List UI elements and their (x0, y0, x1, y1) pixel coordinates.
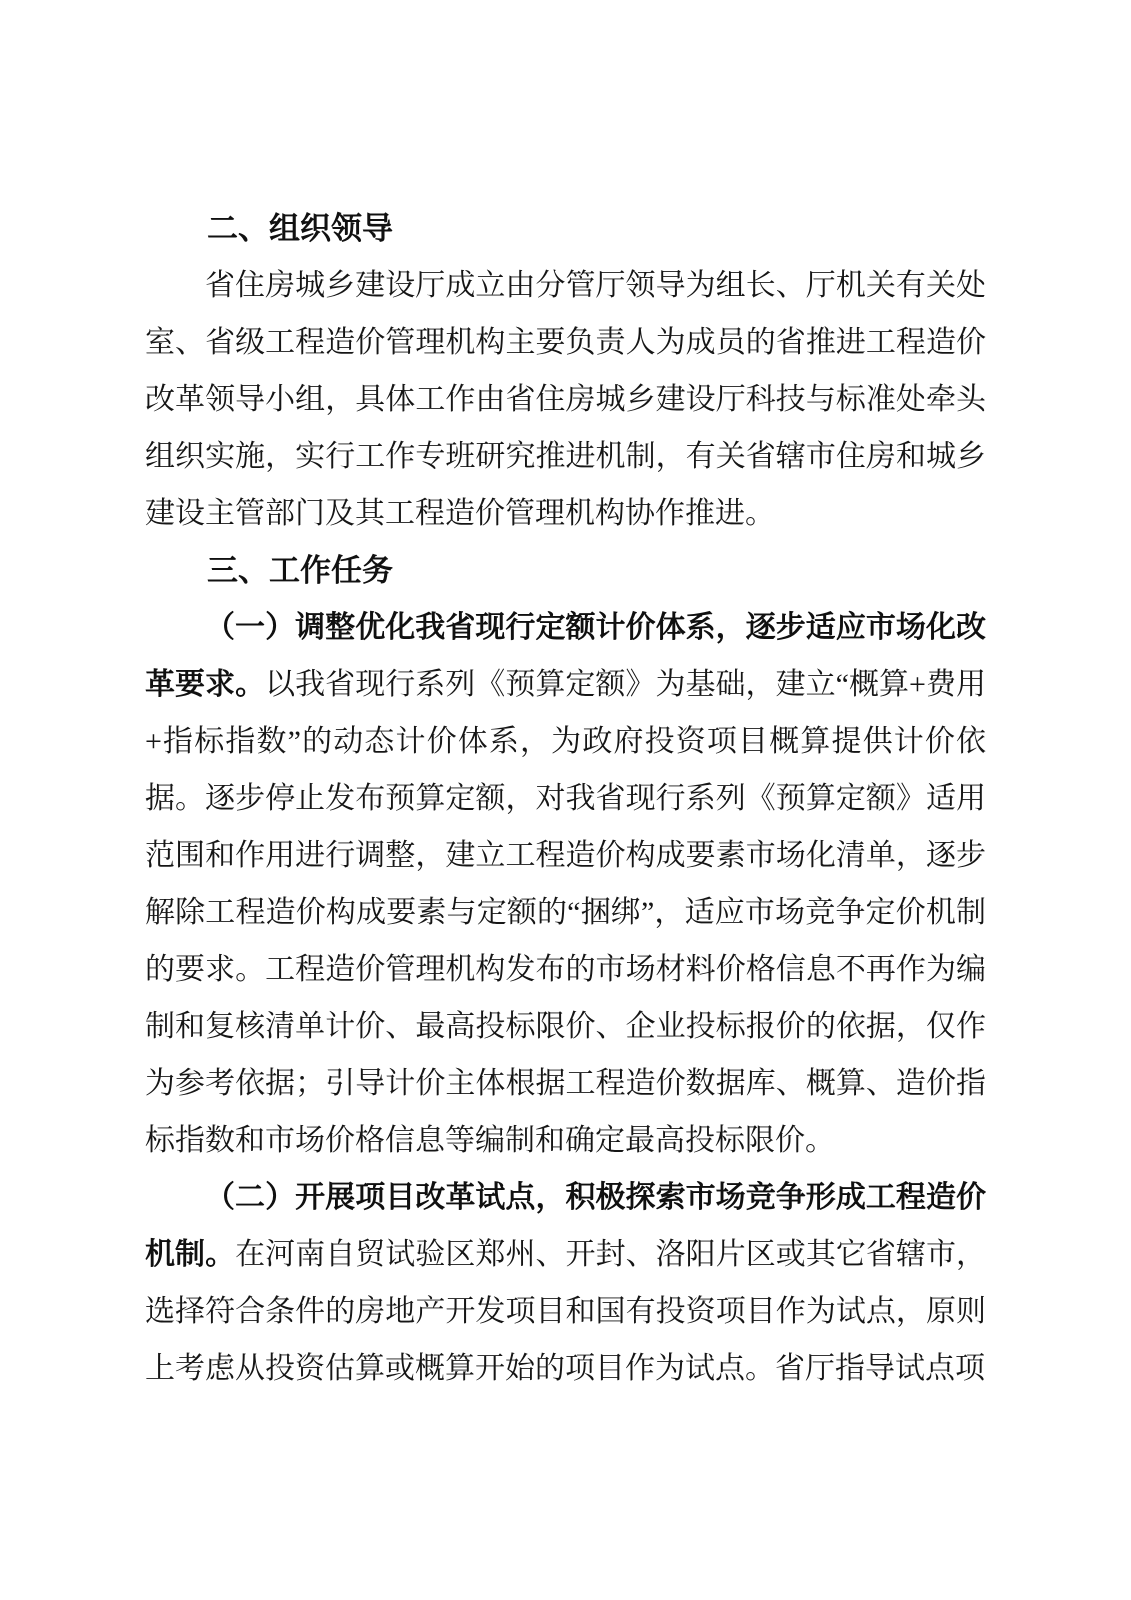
task-2-paragraph: （二）开展项目改革试点，积极探索市场竞争形成工程造价机制。在河南自贸试验区郑州、… (145, 1169, 986, 1397)
task-2-body-text: 在河南自贸试验区郑州、开封、洛阳片区或其它省辖市，选择符合条件的房地产开发项目和… (145, 1238, 986, 1385)
task-1-paragraph: （一）调整优化我省现行定额计价体系，逐步适应市场化改革要求。以我省现行系列《预算… (145, 599, 986, 1169)
task-1-body-text: 以我省现行系列《预算定额》为基础，建立“概算+费用+指标指数”的动态计价体系，为… (145, 668, 986, 1157)
organization-paragraph: 省住房城乡建设厅成立由分管厅领导为组长、厅机关有关处室、省级工程造价管理机构主要… (145, 257, 986, 542)
document-text-column: 二、组织领导 省住房城乡建设厅成立由分管厅领导为组长、厅机关有关处室、省级工程造… (145, 200, 986, 1397)
document-page: 二、组织领导 省住房城乡建设厅成立由分管厅领导为组长、厅机关有关处室、省级工程造… (0, 0, 1131, 1600)
section-heading-tasks: 三、工作任务 (145, 542, 986, 599)
section-heading-organization: 二、组织领导 (145, 200, 986, 257)
